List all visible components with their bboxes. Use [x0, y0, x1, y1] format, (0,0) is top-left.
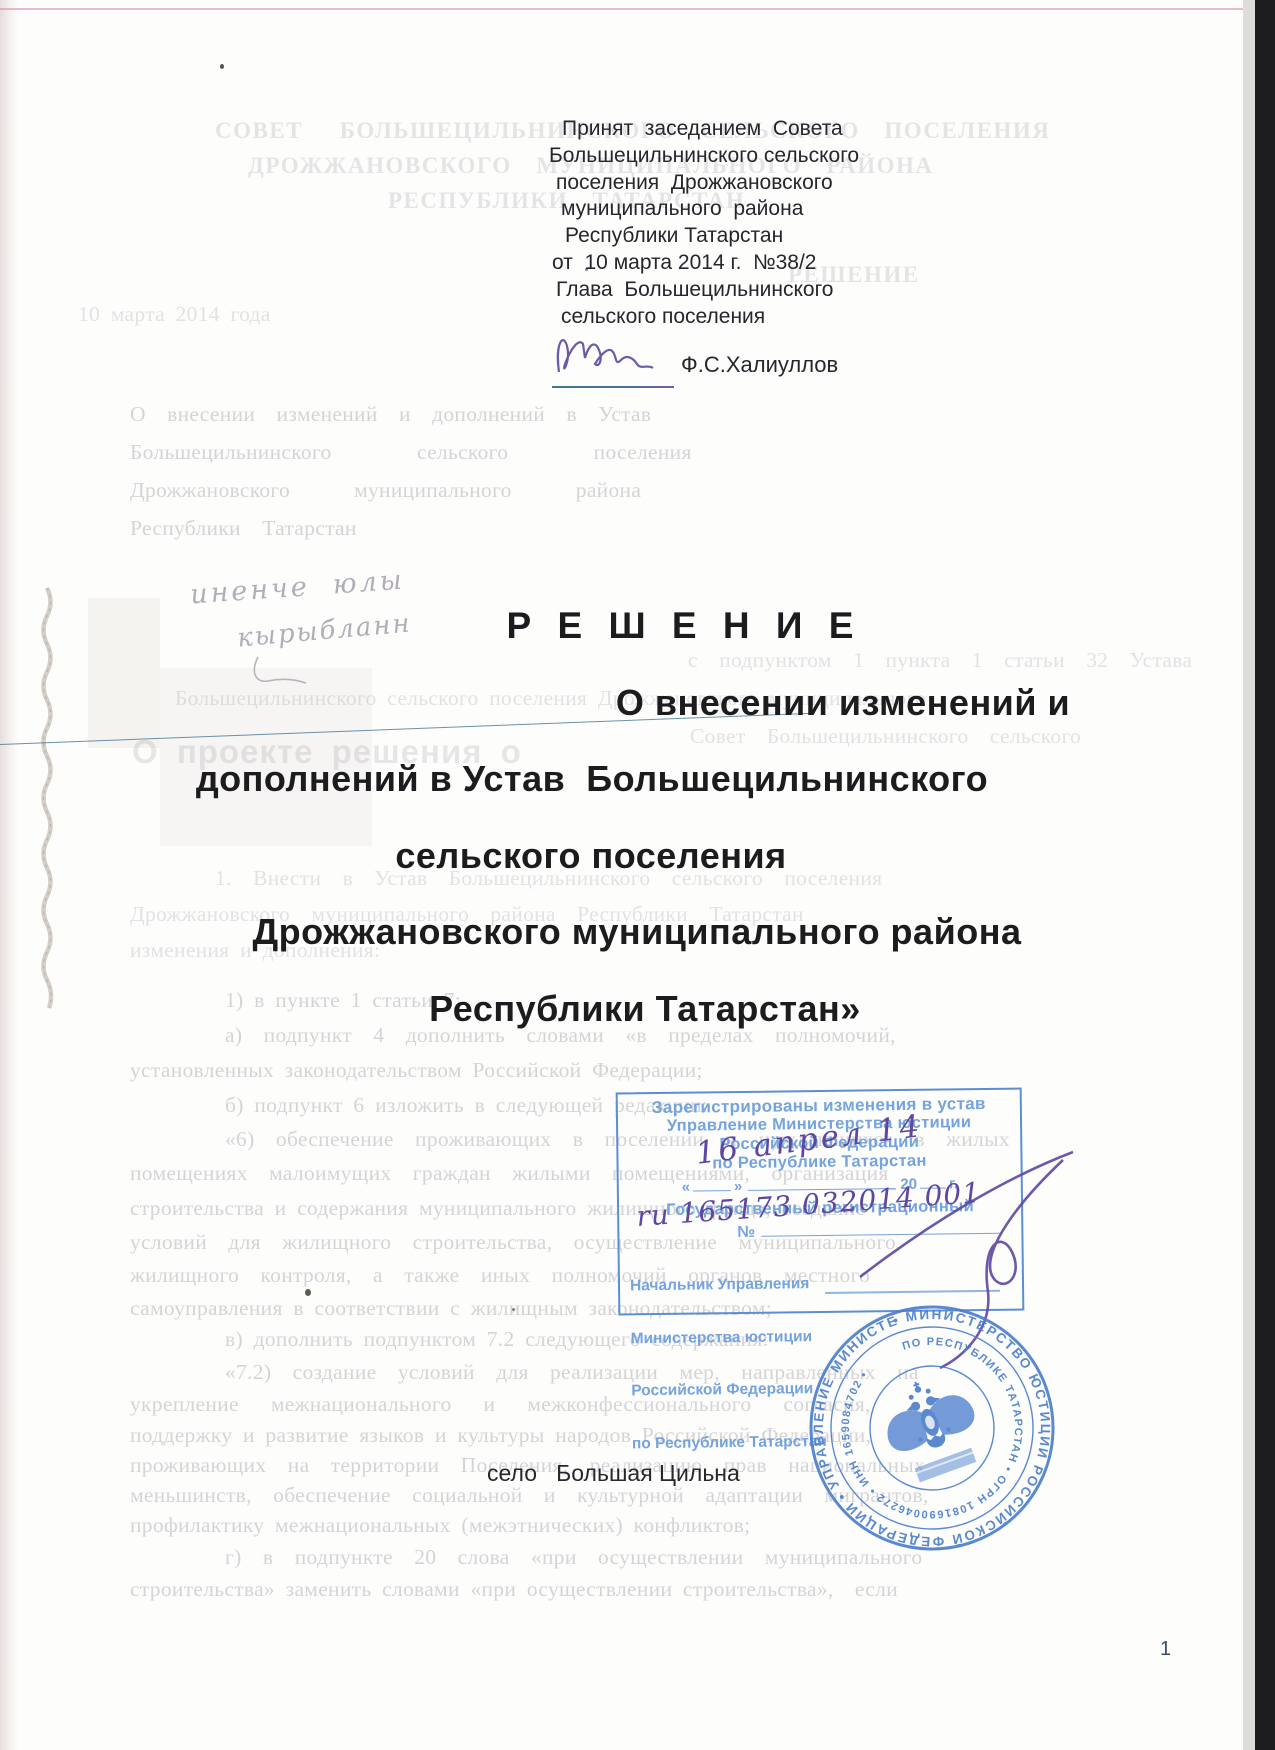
title-line: О внесении изменений и [616, 682, 1070, 724]
bleedthrough-line: установленных законодательством Российск… [130, 1058, 703, 1083]
bleedthrough-line: Дрожжановского муниципального района [130, 478, 641, 503]
stamp-official-line: Начальник Управления [630, 1275, 825, 1295]
bleedthrough-line: 10 марта 2014 года [78, 302, 271, 327]
double-headed-eagle-emblem [873, 1367, 990, 1488]
document-type-title: Р Е Ш Е Н И Е [507, 605, 862, 647]
stamp-date-blank [693, 1176, 731, 1191]
adoption-line: Принят заседанием Совета [562, 116, 859, 143]
stamp-quote-open: « [682, 1179, 691, 1196]
scanned-document-page: СОВЕТ БОЛЬШЕЦИЛЬНИНСКОГО СЕЛЬСКОГО ПОСЕЛ… [0, 0, 1275, 1750]
title-line: Республики Татарстан» [429, 988, 861, 1030]
settlement-place-line: село Большая Цильна [487, 1460, 740, 1487]
bleedthrough-line: О внесении изменений и дополнений в Уста… [130, 402, 651, 427]
page-number: 1 [1160, 1638, 1171, 1661]
bleedthrough-line: строительства» заменить словами «при осу… [130, 1577, 898, 1602]
adoption-line: муниципального района [561, 196, 859, 223]
bleedthrough-line: профилактику межнациональных (межэтничес… [130, 1513, 750, 1538]
adoption-line: поселения Дрожжановского [556, 170, 859, 197]
bleedthrough-line: с подпунктом 1 пункта 1 статьи 32 Устава [688, 648, 1192, 673]
head-signature-ink [549, 324, 677, 388]
signer-name: Ф.С.Халиуллов [681, 352, 838, 378]
adoption-date-number-line: от 10 марта 2014 г. №38/2 [552, 250, 859, 277]
title-line: дополнений в Устав Большецильнинского [196, 758, 988, 800]
adoption-line: Республики Татарстан [565, 223, 859, 250]
bleedthrough-line: г) в подпункте 20 слова «при осуществлен… [225, 1545, 922, 1570]
adoption-line: Большецильнинского сельского [549, 143, 859, 170]
signature-underline [552, 386, 674, 388]
pencil-mark [248, 655, 308, 695]
bleedthrough-line: Республики Татарстан [130, 516, 357, 541]
title-line: сельского поселения [395, 835, 786, 877]
adoption-line: Глава Большецильнинского [556, 277, 859, 304]
stamp-number-sign: № [737, 1224, 755, 1241]
title-line: Дрожжановского муниципального района [253, 911, 1022, 953]
head-signature-row: Ф.С.Халиуллов [549, 330, 879, 390]
bleedthrough-line: 1) в пункте 1 статьи 7: [225, 988, 461, 1013]
adoption-block: Принят заседанием Совета Большецильнинск… [549, 116, 859, 330]
bleedthrough-line: Совет Большецильнинского сельского [690, 724, 1081, 749]
bleedthrough-line: Большецильнинского сельского поселения [130, 440, 692, 465]
